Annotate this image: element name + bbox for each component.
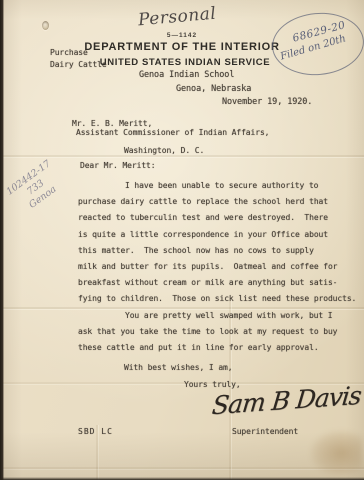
body-line: is quite a little correspondence in your…	[78, 227, 356, 243]
body-line: reacted to tuberculin test and were dest…	[78, 210, 356, 226]
valediction: Yours truly,	[184, 380, 241, 389]
recipient-title: Assistant Commissioner of Indian Affairs…	[76, 128, 269, 137]
school-name: Genoa Indian School	[139, 71, 234, 80]
salutation: Dear Mr. Meritt:	[80, 161, 155, 170]
recipient-city: Washington, D. C.	[124, 146, 204, 155]
scanned-letter-page: Personal 5—1142 DEPARTMENT OF THE INTERI…	[0, 0, 364, 480]
body-line: I have been unable to secure authority t…	[78, 178, 356, 194]
school-place: Genoa, Nebraska	[176, 85, 251, 94]
paper-stain	[310, 430, 362, 476]
scan-edge-left	[0, 0, 4, 480]
body-line: ask that you take the time to look at my…	[78, 324, 356, 340]
signer-title: Superintendent	[232, 427, 298, 436]
body-line: these cattle and put it in line for earl…	[78, 340, 356, 356]
typist-initials: SBD LC	[78, 427, 113, 436]
body-line: You are pretty well swamped with work, b…	[78, 308, 356, 324]
body-line: fying to children. Those on sick list ne…	[78, 291, 356, 307]
body-line: purchase dairy cattle to replace the sch…	[78, 194, 356, 210]
handwritten-margin-file-note: 102442-17 733 Genoa	[0, 152, 76, 223]
handwritten-file-number-circle: 68629-20 Filed on 20th	[269, 9, 364, 79]
closing-regards: With best wishes, I am,	[124, 363, 232, 372]
subject-line-1: Purchase	[50, 48, 88, 57]
body-line: milk and butter for its pupils. Oatmeal …	[78, 259, 356, 275]
body-line: this matter. The school now has no cows …	[78, 243, 356, 259]
recipient-name: Mr. E. B. Meritt,	[72, 119, 152, 128]
body-line: breakfast without cream or milk are anyt…	[78, 275, 356, 291]
letter-body: I have been unable to secure authority t…	[78, 178, 356, 356]
letter-date: November 19, 1920.	[222, 98, 312, 107]
handwritten-personal-note: Personal	[137, 4, 217, 31]
staple-hole	[42, 21, 49, 30]
